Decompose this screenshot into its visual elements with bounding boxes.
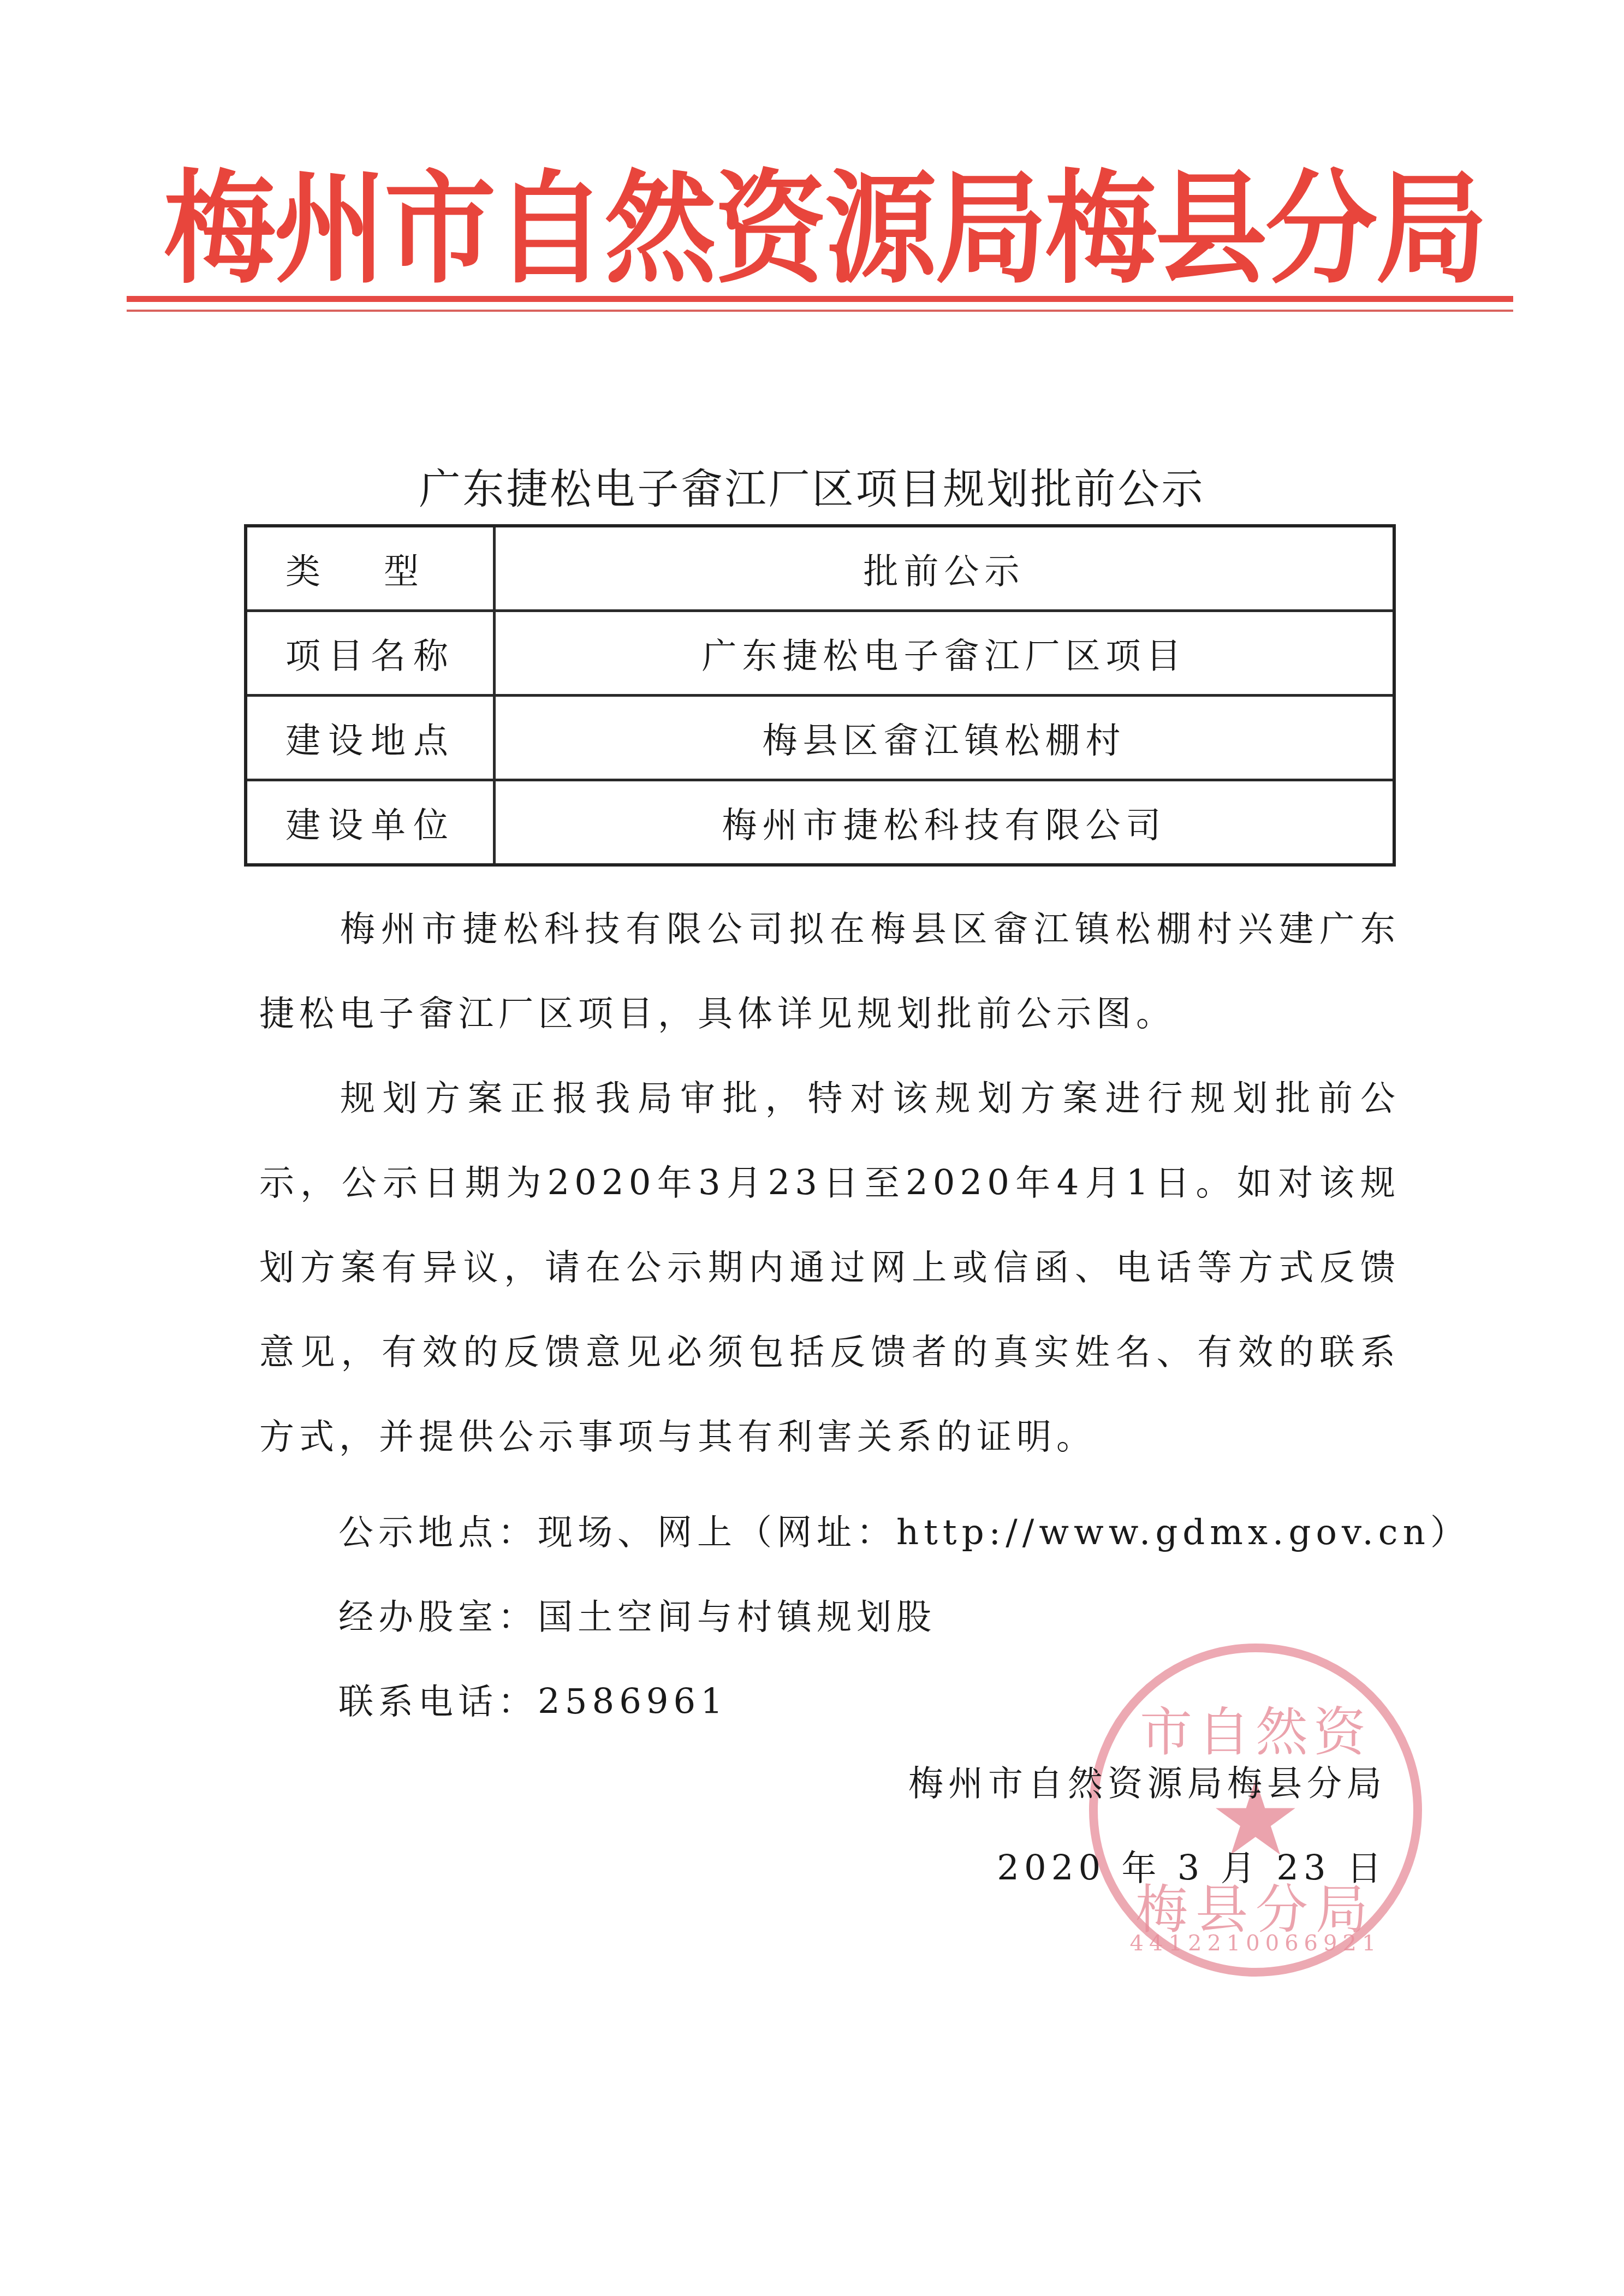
handling-office: 经办股室：国土空间与村镇规划股 bbox=[338, 1589, 936, 1639]
contact-phone: 联系电话：2586961 bbox=[338, 1674, 728, 1724]
table-row: 项目名称 广东捷松电子畲江厂区项目 bbox=[246, 611, 1394, 696]
table-row: 建设地点 梅县区畲江镇松棚村 bbox=[246, 696, 1394, 780]
table-value: 梅州市捷松科技有限公司 bbox=[495, 780, 1395, 865]
masthead-char: 局 bbox=[935, 132, 1044, 306]
masthead-rule-thin bbox=[127, 310, 1513, 312]
body-paragraph: 规划方案正报我局审批，特对该规划方案进行规划批前公示，公示日期为2020年3月2… bbox=[259, 1057, 1400, 1480]
seal-top-text: 市自然资 bbox=[1098, 1690, 1413, 1765]
issuer-signature: 梅州市自然资源局梅县分局 bbox=[908, 1755, 1387, 1806]
masthead-char: 梅 bbox=[1045, 132, 1155, 306]
table-key: 建设地点 bbox=[246, 696, 495, 780]
official-seal: 市自然资 ★ 梅县分局 4412210066921 bbox=[1089, 1644, 1422, 1977]
document-title: 广东捷松电子畲江厂区项目规划批前公示 bbox=[0, 456, 1624, 515]
publication-location: 公示地点：现场、网上（网址：http://www.gdmx.gov.cn） bbox=[338, 1504, 1470, 1555]
masthead-char: 市 bbox=[384, 132, 493, 306]
table-value: 广东捷松电子畲江厂区项目 bbox=[495, 611, 1395, 696]
info-table: 类型 批前公示 项目名称 广东捷松电子畲江厂区项目 建设地点 梅县区畲江镇松棚村… bbox=[244, 524, 1396, 867]
issue-date: 2020 年 3 月 23 日 bbox=[997, 1840, 1387, 1890]
masthead-rule-thick bbox=[127, 296, 1513, 302]
masthead-char: 局 bbox=[1376, 132, 1485, 306]
table-row: 类型 批前公示 bbox=[246, 526, 1394, 611]
table-key: 项目名称 bbox=[246, 611, 495, 696]
masthead-char: 州 bbox=[274, 132, 383, 306]
table-key: 类型 bbox=[246, 526, 495, 611]
masthead-char: 源 bbox=[825, 132, 934, 306]
table-value: 梅县区畲江镇松棚村 bbox=[495, 696, 1395, 780]
masthead-char: 然 bbox=[604, 132, 713, 306]
masthead-char: 梅 bbox=[164, 132, 273, 306]
masthead-char: 自 bbox=[494, 132, 603, 306]
table-key: 建设单位 bbox=[246, 780, 495, 865]
seal-code: 4412210066921 bbox=[1098, 1931, 1413, 1956]
table-row: 建设单位 梅州市捷松科技有限公司 bbox=[246, 780, 1394, 865]
masthead-char: 县 bbox=[1155, 132, 1264, 306]
masthead-char: 资 bbox=[715, 132, 824, 306]
masthead-char: 分 bbox=[1265, 132, 1375, 306]
body-paragraph: 梅州市捷松科技有限公司拟在梅县区畲江镇松棚村兴建广东捷松电子畲江厂区项目，具体详… bbox=[259, 887, 1400, 1057]
table-value: 批前公示 bbox=[495, 526, 1395, 611]
masthead-title: 梅 州 市 自 然 资 源 局 梅 县 分 局 bbox=[164, 156, 1485, 281]
